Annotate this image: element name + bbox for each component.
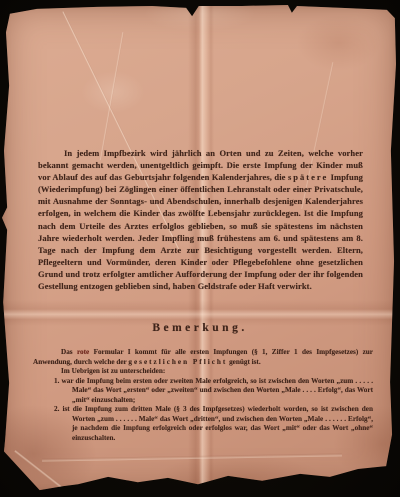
item-number: 2.: [54, 405, 59, 413]
remark-heading: Bemerkung.: [2, 322, 398, 334]
item-text: ist die Impfung zum dritten Male (§ 3 de…: [62, 405, 373, 442]
red-word-rote: rote: [77, 348, 89, 356]
paragraph-text-part2: Impfung (Wiederimpfung) bei Zöglingen ei…: [38, 172, 363, 291]
intro-part1: Das: [61, 348, 77, 356]
bottom-wrinkle: [42, 453, 342, 461]
remark-intro: Das rote Formular I kommt für alle erste…: [33, 348, 373, 367]
item-number: 1.: [54, 377, 59, 385]
remark-subheading: Im Uebrigen ist zu unterscheiden:: [33, 367, 373, 377]
remark-section: Das rote Formular I kommt für alle erste…: [33, 348, 373, 443]
remark-item-1: 1. war die Impfung beim ersten oder zwei…: [33, 377, 373, 406]
remark-list: 1. war die Impfung beim ersten oder zwei…: [33, 377, 373, 444]
diagonal-crease: [99, 32, 124, 160]
item-text: war die Impfung beim ersten oder zweiten…: [62, 377, 373, 404]
document-paper: In jedem Impfbezirk wird jährlich an Ort…: [2, 4, 398, 493]
remark-item-2: 2. ist die Impfung zum dritten Male (§ 3…: [33, 405, 373, 443]
photo-background: In jedem Impfbezirk wird jährlich an Ort…: [0, 0, 400, 497]
main-paragraph: In jedem Impfbezirk wird jährlich an Ort…: [38, 147, 363, 292]
intro-part4: genügt ist.: [227, 358, 260, 366]
corner-crease: [14, 450, 69, 494]
emphasized-word-ersten: ersten: [190, 348, 209, 356]
spaced-phrase-gesetzlichen-pflicht: gesetzlichen Pflicht: [128, 358, 227, 366]
intro-part2: Formular I kommt für alle: [89, 348, 190, 356]
emphasized-word-spaetere: spätere: [288, 172, 328, 182]
